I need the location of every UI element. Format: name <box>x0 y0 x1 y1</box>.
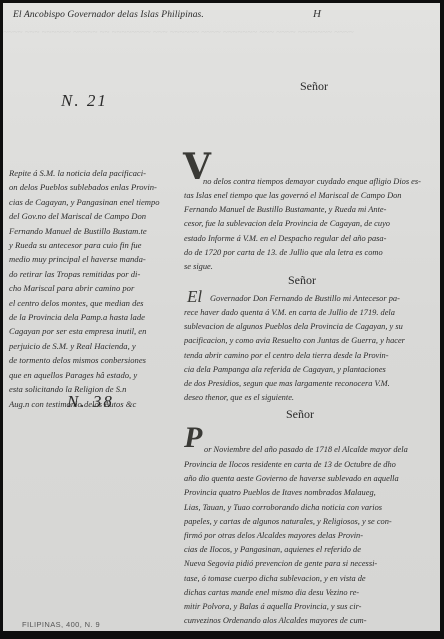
marginal-number-top: N. 21 <box>61 91 108 111</box>
archive-reference: FILIPINAS, 400, N. 9 <box>22 620 100 629</box>
paragraph-2-continued: rece haver dado quenta á V.M. en carta d… <box>184 306 434 405</box>
margin-line: medio muy principal el haverse manda- <box>9 252 177 266</box>
paragraph-line: do de 1720 por carta de 13. de Jullio qu… <box>184 246 434 260</box>
paragraph-line: cia dela Pampanga ala referida de Cagaya… <box>184 363 434 377</box>
paragraph-line: Lias, Tauan, y Tuao corroborando dicha n… <box>184 501 434 515</box>
margin-line: de la Provincia dela Pamp.a hasta lade <box>9 310 177 324</box>
paragraph-line: mitir Polvora, y Balas á aquella Provinc… <box>184 600 434 614</box>
margin-line: do retirar las Tropas remitidas por di- <box>9 267 177 281</box>
paragraph-line: Nueva Segovia pidió prevencion de gente … <box>184 557 434 571</box>
paragraph-1-continued: tas Islas enel tiempo que las governó el… <box>184 189 434 274</box>
decorated-initial-p: P <box>184 423 202 453</box>
margin-line: del Gov.no del Mariscal de Campo Don <box>9 209 177 223</box>
paragraph-line: año dio quenta aeste Govierno de haverse… <box>184 472 434 486</box>
margin-line: on delos Pueblos sublebados enlas Provin… <box>9 180 177 194</box>
paragraph-line: de dos Presidios, segun que mas largamen… <box>184 377 434 391</box>
margin-line: y Rueda su antecesor para cuio fin fue <box>9 238 177 252</box>
paragraph-1: no delos contra tiempos demayor cuydado … <box>203 175 435 189</box>
paragraph-3-continued: Provincia de Ilocos residente en carta d… <box>184 458 434 628</box>
margin-line: Repite á S.M. la noticia dela pacificaci… <box>9 166 177 180</box>
paragraph-line: sublevacion de algunos Pueblos dela Prov… <box>184 320 434 334</box>
paragraph-line: papeles, y cartas de algunos naturales, … <box>184 515 434 529</box>
paragraph-line: cesor, fue la sublevacion dela Provincia… <box>184 217 434 231</box>
paragraph-line: estado Informe á V.M. en el Despacho reg… <box>184 232 434 246</box>
paragraph-3: or Noviembre del año pasado de 1718 el A… <box>204 443 436 457</box>
margin-line: cho Mariscal para abrir camino por <box>9 281 177 295</box>
paragraph-line: firmó por otras delos Alcaldes mayores d… <box>184 529 434 543</box>
margin-line: el centro delos montes, que median des <box>9 296 177 310</box>
paragraph-line: deseo thenor, que es el siguiente. <box>184 391 434 405</box>
margin-line: perjuicio de S.M. y Real Hacienda, y <box>9 339 177 353</box>
paragraph-line: Governador Don Fernando de Bustillo mi A… <box>210 292 436 306</box>
paragraph-line: Fernando Manuel de Bustillo Bustamante, … <box>184 203 434 217</box>
salutation-2: Señor <box>288 273 316 288</box>
paragraph-line: cias de Ilocos, y Pangasinan, aquienes e… <box>184 543 434 557</box>
margin-line: de tormento delos mismos conbersiones <box>9 353 177 367</box>
paragraph-line: tase, ó tomase cuerpo dicha sublevacion,… <box>184 572 434 586</box>
paragraph-line: dichas cartas mande enel mismo dia desu … <box>184 586 434 600</box>
margin-line: Cagayan por ser esta empresa inutil, en <box>9 324 177 338</box>
salutation-1: Señor <box>300 79 328 94</box>
paragraph-line: Provincia quatro Pueblos de Itaves nombr… <box>184 486 434 500</box>
bleed-through-text: ~~~~ ~~~ ~~~~~~ ~~~~~ ~~ ~~~~~~~~ ~~~ ~~… <box>3 25 440 39</box>
paragraph-line: Provincia de Ilocos residente en carta d… <box>184 458 434 472</box>
salutation-1-text: Señor <box>300 79 328 93</box>
salutation-3-text: Señor <box>286 407 314 421</box>
paragraph-line: rece haver dado quenta á V.M. en carta d… <box>184 306 434 320</box>
decorated-initial-el: El <box>187 288 202 305</box>
paragraph-line: pacificacion, y como avia Resuelto con J… <box>184 334 434 348</box>
marginal-summary: Repite á S.M. la noticia dela pacificaci… <box>9 166 177 411</box>
salutation-3: Señor <box>286 407 314 422</box>
margin-line: que en aquellos Parages hâ estado, y <box>9 368 177 382</box>
paragraph-line: tenda abrir camino por el centro dela ti… <box>184 349 434 363</box>
marginal-number-bottom: N. 38 <box>67 392 114 412</box>
margin-line: cias de Cagayan, y Pangasinan enel tiemp… <box>9 195 177 209</box>
folio-mark: H <box>313 8 321 20</box>
paragraph-line: tas Islas enel tiempo que las governó el… <box>184 189 434 203</box>
document-header: El Ancobispo Governador delas Islas Phil… <box>13 10 204 20</box>
paragraph-line: or Noviembre del año pasado de 1718 el A… <box>204 443 436 457</box>
paragraph-line: no delos contra tiempos demayor cuydado … <box>203 175 435 189</box>
margin-line: Fernando Manuel de Bustillo Bustam.te <box>9 224 177 238</box>
salutation-2-text: Señor <box>288 273 316 287</box>
paragraph-line: cunvezinos Ordenando alos Alcaldes mayor… <box>184 614 434 628</box>
manuscript-page: ~~~~ ~~~ ~~~~~~ ~~~~~ ~~ ~~~~~~~~ ~~~ ~~… <box>3 3 440 631</box>
paragraph-2: Governador Don Fernando de Bustillo mi A… <box>210 292 436 306</box>
